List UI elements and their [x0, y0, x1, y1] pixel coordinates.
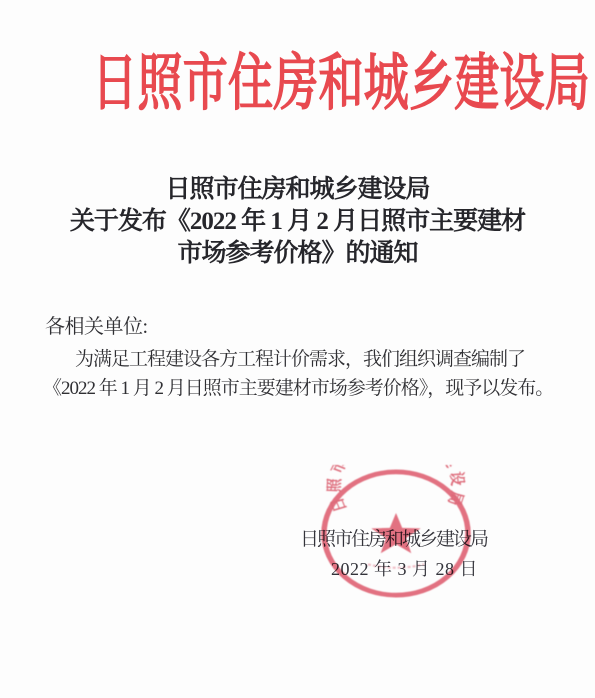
body-paragraph-line-2: 《2022 年 1 月 2 月日照市主要建材市场参考价格》，现予以发布。 [43, 373, 553, 400]
official-seal: 日照市住房和城乡建设局 [316, 465, 476, 602]
notice-title-line-3: 市场参考价格》的通知 [0, 238, 595, 270]
salutation: 各相关单位: [45, 310, 148, 339]
star-icon [371, 513, 420, 553]
seal-serial-mark [368, 564, 424, 567]
notice-title-line-1: 日照市住房和城乡建设局 [0, 174, 595, 206]
notice-title-line-2: 关于发布《2022 年 1 月 2 月日照市主要建材 [0, 206, 595, 238]
letterhead-agency-title: 日照市住房和城乡建设局 [92, 50, 590, 119]
notice-title: 日照市住房和城乡建设局 关于发布《2022 年 1 月 2 月日照市主要建材 市… [0, 174, 595, 270]
scanned-notice-page: 日照市住房和城乡建设局 日照市住房和城乡建设局 关于发布《2022 年 1 月 … [0, 0, 595, 698]
letterhead: 日照市住房和城乡建设局 [0, 50, 595, 119]
body-paragraph-line-1: 为满足工程建设各方工程计价需求，我们组织调查编制了 [75, 344, 525, 371]
